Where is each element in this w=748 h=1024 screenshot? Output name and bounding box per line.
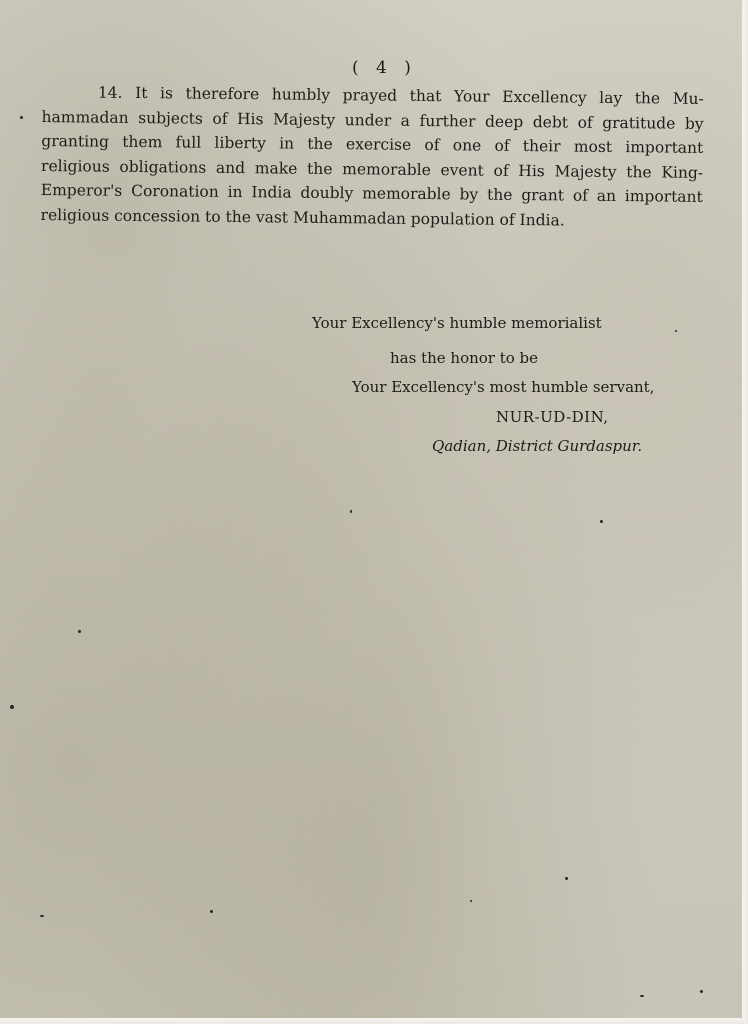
- paper-speck: [20, 116, 23, 119]
- paper-speck: [40, 915, 44, 917]
- document-page: ( 4 ) 14. It is therefore humbly prayed …: [0, 0, 745, 1021]
- paper-speck: [210, 910, 213, 913]
- paper-speck: [700, 990, 703, 993]
- paper-speck: [470, 900, 472, 902]
- page-number: ( 4 ): [352, 58, 417, 78]
- closing-line-memorialist: Your Excellency's humble memorialist: [312, 314, 602, 332]
- closing-line-servant: Your Excellency's most humble servant,: [352, 378, 654, 396]
- paper-speck: [600, 520, 603, 523]
- closing-line-honor: has the honor to be: [390, 349, 538, 367]
- paper-speck: [565, 877, 568, 880]
- signature-name: NUR-UD-DIN,: [496, 408, 609, 426]
- paper-speck: [10, 705, 14, 709]
- signature-location: Qadian, District Gurdaspur.: [432, 437, 642, 455]
- paragraph-14: 14. It is therefore humbly prayed that Y…: [40, 80, 704, 234]
- paper-speck: [640, 995, 644, 997]
- paper-speck: [675, 330, 677, 332]
- paper-speck: [350, 510, 352, 513]
- paper-speck: [78, 630, 81, 633]
